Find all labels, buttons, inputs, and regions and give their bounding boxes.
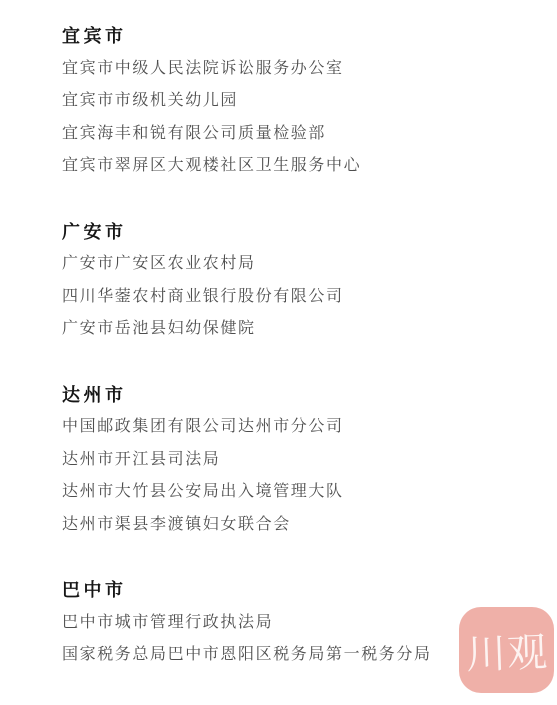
org-line: 广安市岳池县妇幼保健院 [62, 313, 527, 346]
section-dazhou: 达州市 中国邮政集团有限公司达州市分公司 达州市开江县司法局 达州市大竹县公安局… [62, 379, 527, 542]
section-yibin: 宜宾市 宜宾市中级人民法院诉讼服务办公室 宜宾市市级机关幼儿园 宜宾海丰和锐有限… [62, 20, 527, 183]
section-guangan: 广安市 广安市广安区农业农村局 四川华蓥农村商业银行股份有限公司 广安市岳池县妇… [62, 216, 527, 346]
org-line: 宜宾市市级机关幼儿园 [62, 85, 527, 118]
org-line: 巴中市城市管理行政执法局 [62, 607, 527, 640]
org-line: 四川华蓥农村商业银行股份有限公司 [62, 281, 527, 314]
org-line: 广安市广安区农业农村局 [62, 248, 527, 281]
city-header: 广安市 [62, 216, 527, 249]
org-line: 宜宾海丰和锐有限公司质量检验部 [62, 118, 527, 151]
org-line: 中国邮政集团有限公司达州市分公司 [62, 411, 527, 444]
city-header: 巴中市 [62, 574, 527, 607]
city-header: 宜宾市 [62, 20, 527, 53]
org-line: 国家税务总局巴中市恩阳区税务局第一税务分局 [62, 639, 527, 672]
org-line: 达州市渠县李渡镇妇女联合会 [62, 509, 527, 542]
org-line: 宜宾市翠屏区大观楼社区卫生服务中心 [62, 150, 527, 183]
chuanguan-logo-badge: 川观 [459, 607, 554, 693]
chuanguan-logo-text: 川观 [465, 633, 548, 676]
section-bazhong: 巴中市 巴中市城市管理行政执法局 国家税务总局巴中市恩阳区税务局第一税务分局 [62, 574, 527, 672]
org-line: 达州市开江县司法局 [62, 444, 527, 477]
org-line: 宜宾市中级人民法院诉讼服务办公室 [62, 53, 527, 86]
org-line: 达州市大竹县公安局出入境管理大队 [62, 476, 527, 509]
document-page: 宜宾市 宜宾市中级人民法院诉讼服务办公室 宜宾市市级机关幼儿园 宜宾海丰和锐有限… [0, 0, 557, 705]
city-header: 达州市 [62, 379, 527, 412]
